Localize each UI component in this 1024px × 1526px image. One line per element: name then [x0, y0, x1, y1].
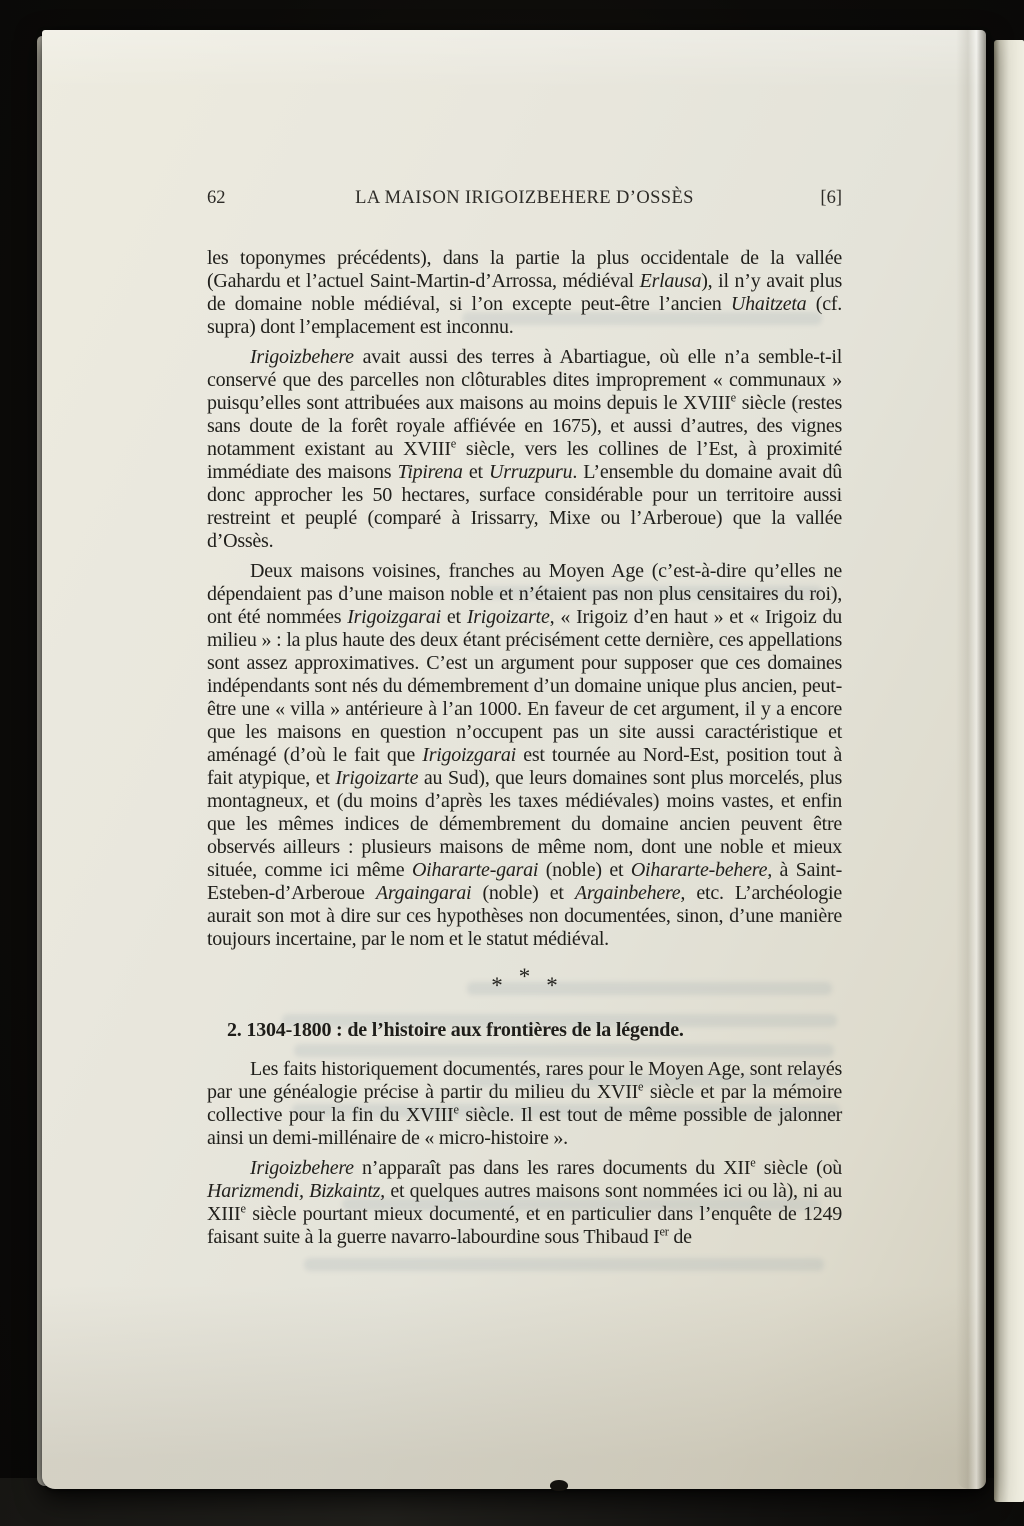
asterisk: *: [538, 973, 566, 999]
photograph-backdrop: 62 LA MAISON IRIGOIZBEHERE D’OSSÈS [6] l…: [0, 0, 1024, 1526]
paragraph: les toponymes précédents), dans la parti…: [207, 247, 842, 339]
adjacent-page-edge: [994, 40, 1024, 1502]
paragraphs-bottom: Les faits historiquement documentés, rar…: [207, 1058, 842, 1249]
page-content: 62 LA MAISON IRIGOIZBEHERE D’OSSÈS [6] l…: [42, 30, 986, 1489]
paragraph: Irigoizbehere avait aussi des terres à A…: [207, 346, 842, 553]
asterisk: *: [483, 973, 511, 999]
running-head: 62 LA MAISON IRIGOIZBEHERE D’OSSÈS [6]: [207, 188, 842, 209]
section-separator: ***: [207, 973, 842, 1007]
page-edge-mark: [550, 1480, 568, 1491]
asterisk: *: [511, 964, 539, 990]
paragraphs-top: les toponymes précédents), dans la parti…: [207, 247, 842, 951]
paragraph: Les faits historiquement documentés, rar…: [207, 1058, 842, 1150]
page-number: 62: [207, 188, 327, 209]
folio-number: [6]: [722, 188, 842, 209]
text-column: les toponymes précédents), dans la parti…: [207, 247, 842, 1249]
paragraph: Irigoizbehere n’apparaît pas dans les ra…: [207, 1157, 842, 1249]
book-page: 62 LA MAISON IRIGOIZBEHERE D’OSSÈS [6] l…: [42, 30, 986, 1489]
running-title: LA MAISON IRIGOIZBEHERE D’OSSÈS: [327, 188, 722, 209]
section-heading: 2. 1304-1800 : de l’histoire aux frontiè…: [227, 1019, 842, 1042]
paragraph: Deux maisons voisines, franches au Moyen…: [207, 560, 842, 951]
